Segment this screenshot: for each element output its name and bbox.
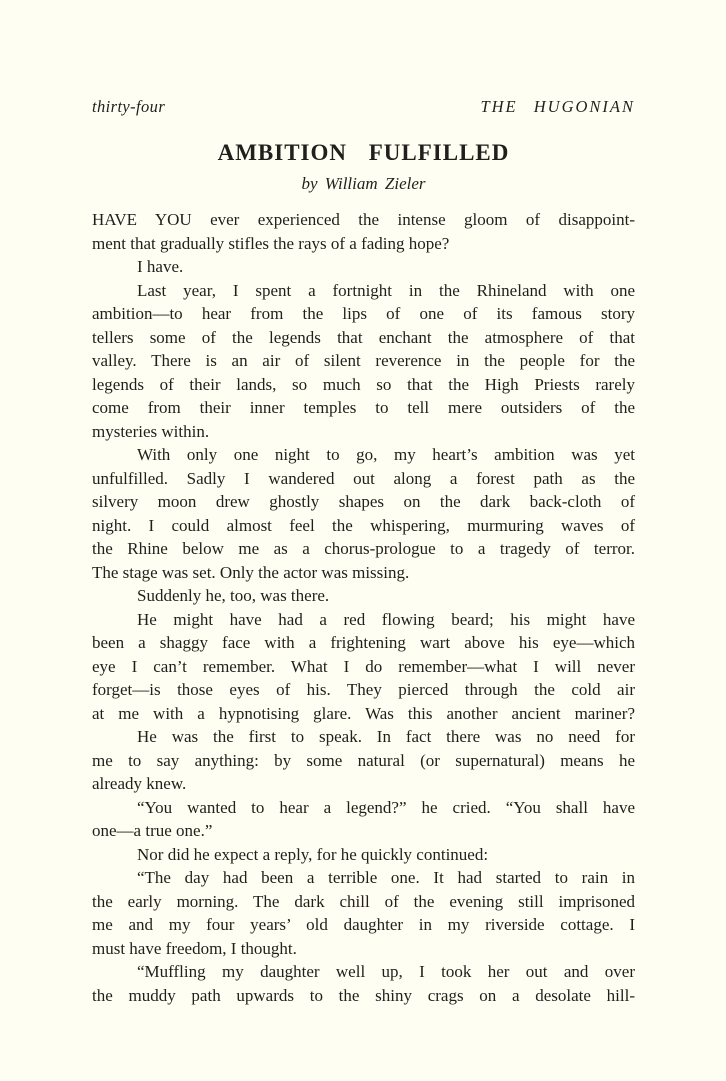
- paragraph: Suddenly he, too, was there.: [92, 584, 635, 608]
- text-line: legends of their lands, so much so that …: [92, 373, 635, 397]
- article-byline: by William Zieler: [92, 174, 635, 194]
- text-line: Suddenly he, too, was there.: [92, 584, 635, 608]
- text-line: HAVE YOU ever experienced the intense gl…: [92, 208, 635, 232]
- text-line: The stage was set. Only the actor was mi…: [92, 561, 635, 585]
- text-line: ment that gradually stifles the rays of …: [92, 232, 635, 256]
- text-line: He might have had a red flowing beard; h…: [92, 608, 635, 632]
- text-line: already knew.: [92, 772, 635, 796]
- text-line: With only one night to go, my heart’s am…: [92, 443, 635, 467]
- text-line: “You wanted to hear a legend?” he cried.…: [92, 796, 635, 820]
- text-line: “Muffling my daughter well up, I took he…: [92, 960, 635, 984]
- text-line: come from their inner temples to tell me…: [92, 396, 635, 420]
- text-line: one—a true one.”: [92, 819, 635, 843]
- text-line: tellers some of the legends that enchant…: [92, 326, 635, 350]
- journal-title: THE HUGONIAN: [480, 97, 635, 116]
- text-line: valley. There is an air of silent revere…: [92, 349, 635, 373]
- paragraph: “You wanted to hear a legend?” he cried.…: [92, 796, 635, 843]
- scanned-page: thirty-four THE HUGONIAN AMBITION FULFIL…: [0, 0, 726, 1081]
- text-line: eye I can’t remember. What I do remember…: [92, 655, 635, 679]
- text-line: the early morning. The dark chill of the…: [92, 890, 635, 914]
- text-line: the Rhine below me as a chorus-prologue …: [92, 537, 635, 561]
- text-line: must have freedom, I thought.: [92, 937, 635, 961]
- text-line: silvery moon drew ghostly shapes on the …: [92, 490, 635, 514]
- paragraph: I have.: [92, 255, 635, 279]
- paragraph: He was the first to speak. In fact there…: [92, 725, 635, 796]
- paragraph: Last year, I spent a fortnight in the Rh…: [92, 279, 635, 444]
- text-line: at me with a hypnotising glare. Was this…: [92, 702, 635, 726]
- text-line: I have.: [92, 255, 635, 279]
- text-line: forget—is those eyes of his. They pierce…: [92, 678, 635, 702]
- paragraph: HAVE YOU ever experienced the intense gl…: [92, 208, 635, 255]
- page-number: thirty-four: [92, 97, 165, 116]
- story-body: HAVE YOU ever experienced the intense gl…: [92, 208, 635, 1007]
- text-line: night. I could almost feel the whisperin…: [92, 514, 635, 538]
- text-line: unfulfilled. Sadly I wandered out along …: [92, 467, 635, 491]
- text-line: Nor did he expect a reply, for he quickl…: [92, 843, 635, 867]
- text-line: “The day had been a terrible one. It had…: [92, 866, 635, 890]
- text-line: me and my four years’ old daughter in my…: [92, 913, 635, 937]
- text-line: me to say anything: by some natural (or …: [92, 749, 635, 773]
- paragraph: With only one night to go, my heart’s am…: [92, 443, 635, 584]
- article-title: AMBITION FULFILLED: [92, 140, 635, 166]
- text-line: the muddy path upwards to the shiny crag…: [92, 984, 635, 1008]
- text-line: been a shaggy face with a frightening wa…: [92, 631, 635, 655]
- text-line: ambition—to hear from the lips of one of…: [92, 302, 635, 326]
- text-line: He was the first to speak. In fact there…: [92, 725, 635, 749]
- paragraph: He might have had a red flowing beard; h…: [92, 608, 635, 726]
- text-line: mysteries within.: [92, 420, 635, 444]
- paragraph: Nor did he expect a reply, for he quickl…: [92, 843, 635, 867]
- paragraph: “Muffling my daughter well up, I took he…: [92, 960, 635, 1007]
- running-header: thirty-four THE HUGONIAN: [92, 97, 635, 116]
- paragraph: “The day had been a terrible one. It had…: [92, 866, 635, 960]
- text-line: Last year, I spent a fortnight in the Rh…: [92, 279, 635, 303]
